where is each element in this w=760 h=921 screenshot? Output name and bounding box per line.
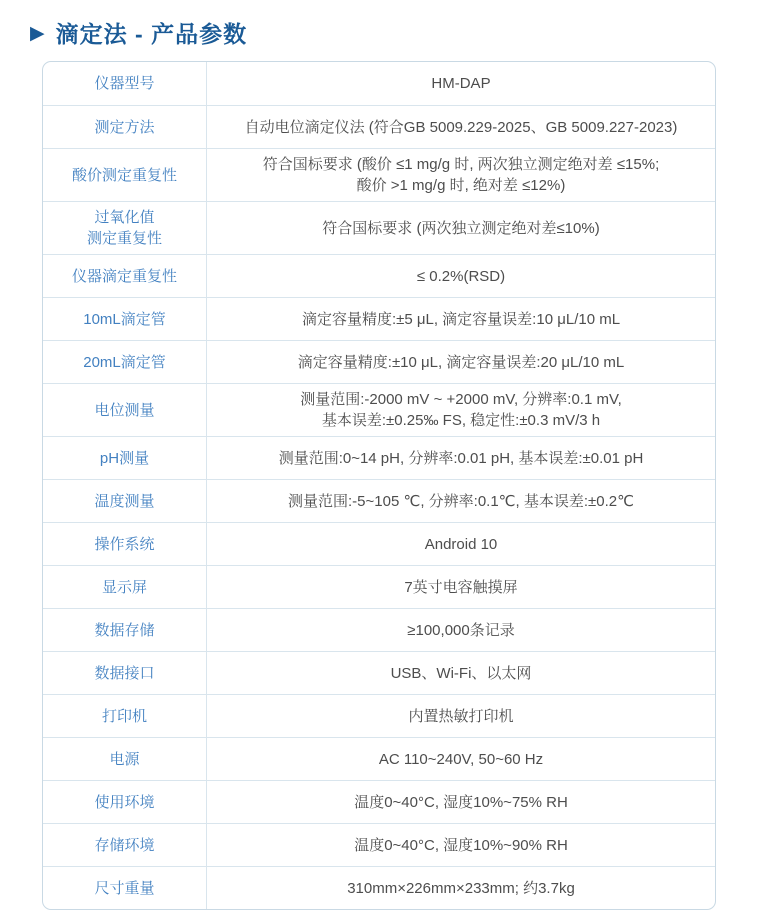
spec-value-cell: 测量范围:-5~105 ℃, 分辨率:0.1℃, 基本误差:±0.2℃ [207,480,715,522]
table-row: 数据接口 USB、Wi-Fi、以太网 [43,651,715,694]
spec-label-cell: 操作系统 [43,523,207,565]
table-row: 仪器滴定重复性 ≤ 0.2%(RSD) [43,254,715,297]
spec-value-cell: 7英寸电容触摸屏 [207,566,715,608]
spec-label-cell: 显示屏 [43,566,207,608]
spec-label-cell: 仪器型号 [43,62,207,105]
spec-value-cell: 滴定容量精度:±10 μL, 滴定容量误差:20 μL/10 mL [207,341,715,383]
spec-label-cell: 打印机 [43,695,207,737]
spec-table: 仪器型号 HM-DAP 测定方法 自动电位滴定仪法 (符合GB 5009.229… [42,61,716,910]
spec-label-cell: 20mL滴定管 [43,341,207,383]
spec-label-cell: pH测量 [43,437,207,479]
page-title-text: 滴定法 - 产品参数 [56,16,247,49]
table-row: 测定方法 自动电位滴定仪法 (符合GB 5009.229-2025、GB 500… [43,105,715,148]
table-row: 存储环境 温度0~40°C, 湿度10%~90% RH [43,823,715,866]
spec-label-cell: 温度测量 [43,480,207,522]
spec-value-cell: 310mm×226mm×233mm; 约3.7kg [207,867,715,909]
spec-value-cell: ≤ 0.2%(RSD) [207,255,715,297]
table-row: 酸价测定重复性 符合国标要求 (酸价 ≤1 mg/g 时, 两次独立测定绝对差 … [43,148,715,201]
spec-value-cell: 符合国标要求 (酸价 ≤1 mg/g 时, 两次独立测定绝对差 ≤15%; 酸价… [207,149,715,201]
spec-label-cell: 仪器滴定重复性 [43,255,207,297]
table-row: pH测量 测量范围:0~14 pH, 分辨率:0.01 pH, 基本误差:±0.… [43,436,715,479]
table-row: 打印机 内置热敏打印机 [43,694,715,737]
spec-value-cell: Android 10 [207,523,715,565]
spec-value-cell: 滴定容量精度:±5 μL, 滴定容量误差:10 μL/10 mL [207,298,715,340]
table-row: 20mL滴定管 滴定容量精度:±10 μL, 滴定容量误差:20 μL/10 m… [43,340,715,383]
spec-label-cell: 尺寸重量 [43,867,207,909]
spec-label-cell: 数据存储 [43,609,207,651]
spec-value-cell: 内置热敏打印机 [207,695,715,737]
table-row: 操作系统 Android 10 [43,522,715,565]
table-row: 使用环境 温度0~40°C, 湿度10%~75% RH [43,780,715,823]
spec-label-cell: 使用环境 [43,781,207,823]
table-row: 温度测量 测量范围:-5~105 ℃, 分辨率:0.1℃, 基本误差:±0.2℃ [43,479,715,522]
spec-value-cell: 自动电位滴定仪法 (符合GB 5009.229-2025、GB 5009.227… [207,106,715,148]
spec-value-cell: AC 110~240V, 50~60 Hz [207,738,715,780]
table-row: 10mL滴定管 滴定容量精度:±5 μL, 滴定容量误差:10 μL/10 mL [43,297,715,340]
table-row: 过氧化值 测定重复性 符合国标要求 (两次独立测定绝对差≤10%) [43,201,715,254]
spec-label-cell: 存储环境 [43,824,207,866]
spec-value-cell: 测量范围:0~14 pH, 分辨率:0.01 pH, 基本误差:±0.01 pH [207,437,715,479]
spec-value-cell: 符合国标要求 (两次独立测定绝对差≤10%) [207,202,715,254]
spec-label-cell: 测定方法 [43,106,207,148]
play-arrow-icon: ▶ [30,24,46,43]
table-row: 尺寸重量 310mm×226mm×233mm; 约3.7kg [43,866,715,909]
spec-label-cell: 酸价测定重复性 [43,149,207,201]
page-title: ▶ 滴定法 - 产品参数 [30,16,760,49]
table-row: 电位测量 测量范围:-2000 mV ~ +2000 mV, 分辨率:0.1 m… [43,383,715,436]
spec-label-cell: 过氧化值 测定重复性 [43,202,207,254]
spec-value-cell: 测量范围:-2000 mV ~ +2000 mV, 分辨率:0.1 mV, 基本… [207,384,715,436]
table-row: 仪器型号 HM-DAP [43,62,715,105]
spec-label-cell: 电源 [43,738,207,780]
spec-label-cell: 数据接口 [43,652,207,694]
spec-label-cell: 10mL滴定管 [43,298,207,340]
spec-label-cell: 电位测量 [43,384,207,436]
table-row: 电源 AC 110~240V, 50~60 Hz [43,737,715,780]
table-row: 显示屏 7英寸电容触摸屏 [43,565,715,608]
table-row: 数据存储 ≥100,000条记录 [43,608,715,651]
spec-value-cell: HM-DAP [207,62,715,105]
spec-value-cell: 温度0~40°C, 湿度10%~75% RH [207,781,715,823]
spec-value-cell: ≥100,000条记录 [207,609,715,651]
spec-value-cell: USB、Wi-Fi、以太网 [207,652,715,694]
spec-value-cell: 温度0~40°C, 湿度10%~90% RH [207,824,715,866]
